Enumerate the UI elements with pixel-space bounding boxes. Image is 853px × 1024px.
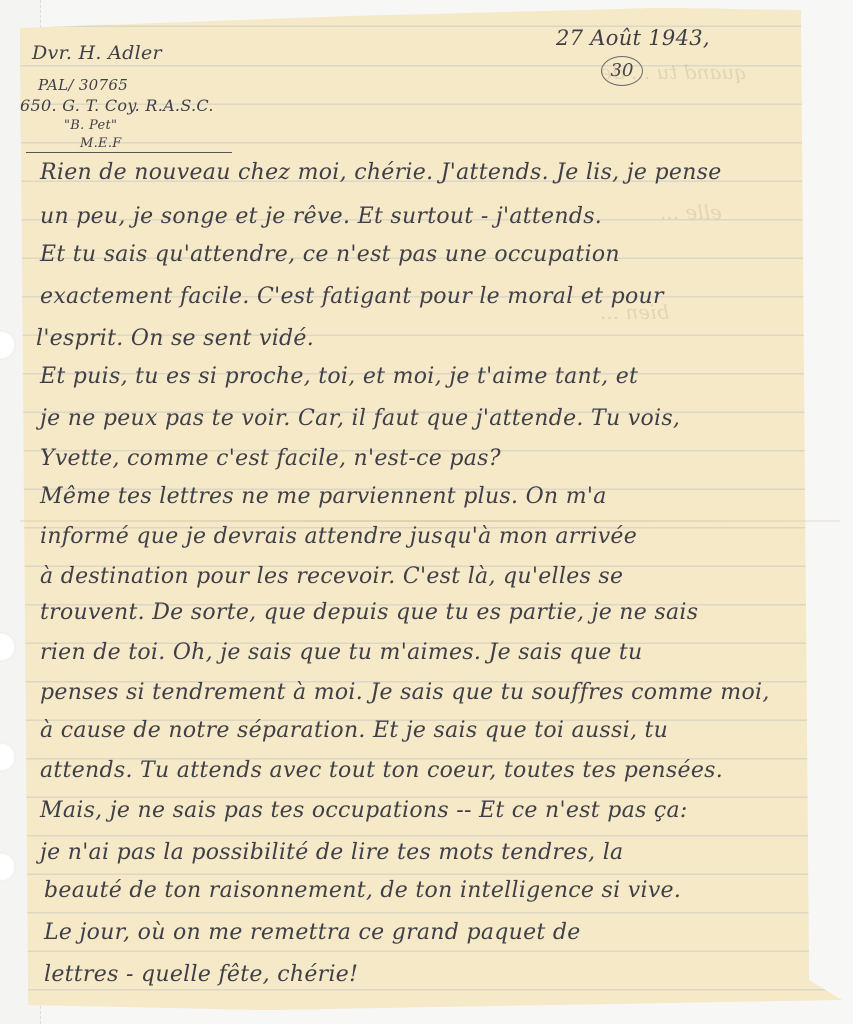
- punch-hole: [0, 330, 16, 360]
- body-line: lettres - quelle fête, chérie!: [44, 962, 358, 987]
- body-line: informé que je devrais attendre jusqu'à …: [40, 524, 637, 549]
- page-number-circled: 30: [601, 56, 643, 86]
- punch-hole: [0, 632, 16, 662]
- body-line: Et tu sais qu'attendre, ce n'est pas une…: [40, 242, 620, 267]
- sender-platoon: "B. Pet": [64, 118, 117, 133]
- body-line: attends. Tu attends avec tout ton coeur,…: [40, 758, 723, 783]
- body-line: un peu, je songe et je rêve. Et surtout …: [40, 204, 602, 229]
- sender-force: M.E.F: [80, 136, 122, 151]
- body-line: penses si tendrement à moi. Je sais que …: [40, 680, 770, 705]
- body-line: beauté de ton raisonnement, de ton intel…: [44, 878, 681, 903]
- body-line: Même tes lettres ne me parviennent plus.…: [40, 484, 607, 509]
- sender-unit: 650. G. T. Coy. R.A.S.C.: [20, 96, 214, 115]
- punch-hole: [0, 852, 16, 882]
- paper-fold-crease: [20, 520, 840, 522]
- letter-date: 27 Août 1943,: [556, 26, 710, 50]
- body-line: Le jour, où on me remettra ce grand paqu…: [44, 920, 581, 945]
- sender-service-number: PAL/ 30765: [38, 76, 128, 94]
- reverse-side-bleed: elle ...: [660, 200, 722, 224]
- body-line: Mais, je ne sais pas tes occupations -- …: [40, 798, 688, 823]
- body-line: Rien de nouveau chez moi, chérie. J'atte…: [40, 160, 722, 185]
- body-line: exactement facile. C'est fatigant pour l…: [40, 284, 664, 309]
- body-line: je n'ai pas la possibilité de lire tes m…: [40, 840, 623, 865]
- body-line: à destination pour les recevoir. C'est l…: [40, 564, 623, 589]
- sender-name: Dvr. H. Adler: [32, 42, 162, 64]
- body-line: Yvette, comme c'est facile, n'est-ce pas…: [40, 446, 501, 471]
- address-underline: [26, 152, 232, 153]
- body-line: l'esprit. On se sent vidé.: [36, 326, 314, 351]
- body-line: je ne peux pas te voir. Car, il faut que…: [40, 406, 680, 431]
- body-line: à cause de notre séparation. Et je sais …: [40, 718, 668, 743]
- body-line: Et puis, tu es si proche, toi, et moi, j…: [40, 364, 638, 389]
- body-line: trouvent. De sorte, que depuis que tu es…: [40, 600, 698, 625]
- body-line: rien de toi. Oh, je sais que tu m'aimes.…: [40, 640, 643, 665]
- punch-hole: [0, 742, 16, 772]
